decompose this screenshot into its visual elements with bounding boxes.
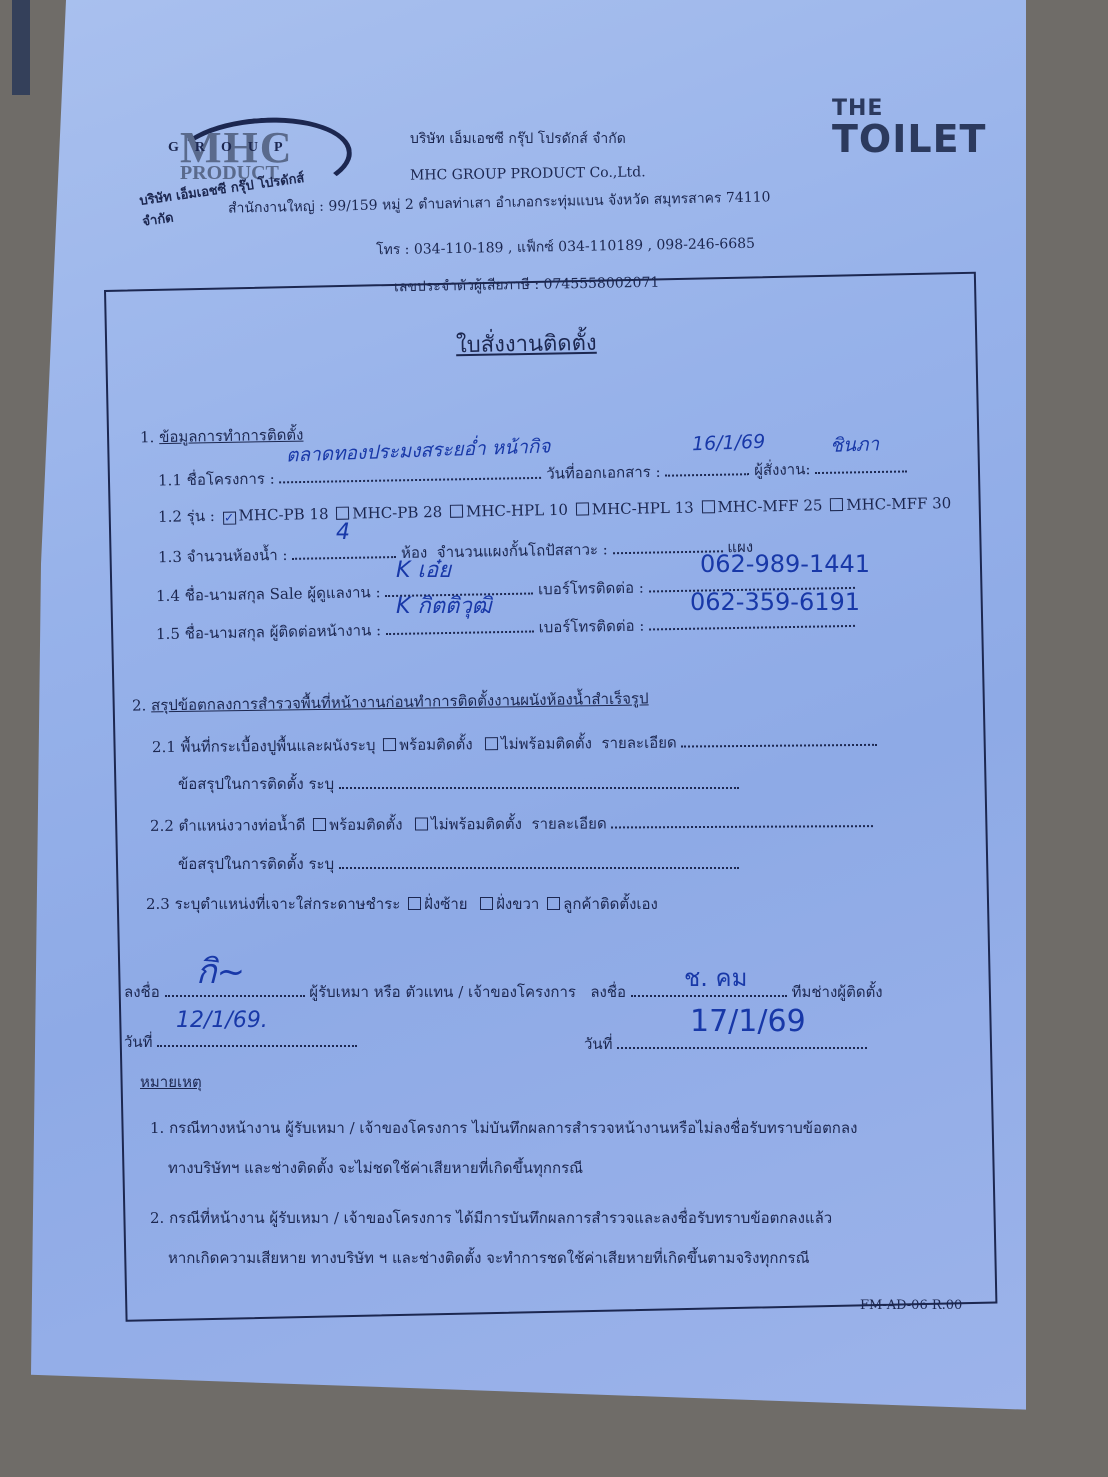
rooms-value: 4: [336, 520, 350, 545]
installer-date-field[interactable]: [617, 1046, 867, 1049]
summary-label: ข้อสรุปในการติดตั้ง ระบุ: [178, 775, 334, 793]
sale-label: 1.4 ชื่อ-นามสกุล Sale ผู้ดูแลงาน :: [156, 583, 381, 605]
contractor-date-value: 12/1/69.: [176, 1008, 268, 1033]
contact-label: 1.5 ชื่อ-นามสกุล ผู้ติดต่อหน้างาน :: [156, 621, 381, 643]
installer-signature: ช. คม: [684, 958, 747, 997]
model-label-3: MHC-HPL 13: [592, 498, 699, 518]
sign-label: ลงชื่อ: [590, 983, 626, 1001]
ordered-by-field[interactable]: [815, 469, 907, 474]
summary-label: ข้อสรุปในการติดตั้ง ระบุ: [178, 855, 334, 873]
model-checkbox-2[interactable]: [450, 505, 463, 518]
row-2-3: 2.3 ระบุตำแหน่งที่เจาะใส่กระดาษชำระ ฝั่ง…: [146, 892, 658, 916]
model-label-4: MHC-MFF 25: [717, 496, 827, 516]
form-code: FM-AD-06 R.00: [860, 1298, 962, 1313]
sale-value: K เอ๋ย: [396, 552, 451, 587]
date-label: วันที่: [584, 1035, 613, 1053]
tp-left-checkbox[interactable]: [408, 897, 421, 910]
item-2-2-not-ready-checkbox[interactable]: [415, 817, 428, 830]
contact-field[interactable]: [386, 630, 534, 636]
tp-right-label: ฝั่งขวา: [496, 895, 539, 913]
contact-phone-label: เบอร์โทรติดต่อ :: [538, 617, 644, 637]
model-label: 1.2 รุ่น :: [158, 507, 215, 526]
item-2-2-summary-field[interactable]: [339, 866, 739, 869]
item-2-1-label: 2.1 พื้นที่กระเบื้องปูพื้นและผนังระบุ: [152, 736, 376, 756]
model-checkbox-3[interactable]: [576, 502, 589, 515]
sale-phone-label: เบอร์โทรติดต่อ :: [538, 579, 644, 599]
model-label-2: MHC-HPL 10: [466, 501, 573, 521]
item-2-1-not-ready-checkbox[interactable]: [485, 737, 498, 750]
tp-right-checkbox[interactable]: [480, 897, 493, 910]
background-surface: [12, 0, 30, 95]
item-2-3-label: 2.3 ระบุตำแหน่งที่เจาะใส่กระดาษชำระ: [146, 895, 400, 913]
not-ready-label: ไม่พร้อมติดตั้ง: [501, 734, 592, 753]
model-checkbox-4[interactable]: [701, 500, 714, 513]
section1-heading: 1. ข้อมูลการทำการติดตั้ง: [140, 423, 304, 450]
installer-date-value: 17/1/69: [690, 1004, 806, 1039]
row-2-2: 2.2 ตำแหน่งวางท่อน้ำดี พร้อมติดตั้ง ไม่พ…: [150, 810, 874, 838]
model-label-5: MHC-MFF 30: [846, 494, 951, 514]
installer-role: ทีมช่างผู้ติดตั้ง: [792, 983, 883, 1001]
section1-number: 1.: [140, 428, 155, 446]
contact-phone-value: 062-359-6191: [690, 588, 860, 616]
item-2-1-summary-field[interactable]: [339, 786, 739, 789]
row-2-1-summary: ข้อสรุปในการติดตั้ง ระบุ: [178, 772, 739, 796]
form-title: ใบสั่งงานติดตั้ง: [456, 325, 597, 362]
model-checkbox-0[interactable]: ✓: [223, 512, 236, 525]
company-name-thai: บริษัท เอ็มเอชซี กรุ๊ป โปรดักส์ จำกัด: [410, 128, 626, 150]
row-2-2-summary: ข้อสรุปในการติดตั้ง ระบุ: [178, 852, 739, 876]
contractor-signature: กิ~: [196, 944, 245, 998]
details-label: รายละเอียด: [531, 815, 606, 833]
not-ready-label: ไม่พร้อมติดตั้ง: [431, 815, 522, 833]
ordered-by-value: ชินภา: [829, 429, 879, 461]
note-1-line-1: 1. กรณีทางหน้างาน ผู้รับเหมา / เจ้าของโค…: [150, 1116, 857, 1140]
project-label: 1.1 ชื่อโครงการ :: [158, 470, 275, 490]
sale-phone-value: 062-989-1441: [700, 550, 870, 578]
section2-number: 2.: [132, 696, 147, 714]
section2-title: สรุปข้อตกลงการสำรวจพื้นที่หน้างานก่อนทำก…: [151, 689, 649, 714]
logo-group-text: GROUP: [168, 140, 299, 156]
urinal-label: จำนวนแผงกั้นโถปัสสาวะ :: [437, 540, 608, 561]
issue-date-field[interactable]: [665, 472, 749, 476]
sign-label: ลงชื่อ: [124, 983, 160, 1001]
note-2-line-2: หากเกิดความเสียหาย ทางบริษัท ฯ และช่างติ…: [168, 1246, 810, 1270]
item-2-1-details-field[interactable]: [681, 743, 877, 748]
ready-label: พร้อมติดตั้ง: [329, 816, 402, 834]
row-contractor-date: วันที่: [124, 1030, 357, 1054]
contact-value: K กิตติวุฒิ: [396, 588, 492, 623]
section1-title: ข้อมูลการทำการติดตั้ง: [159, 426, 304, 447]
details-label: รายละเอียด: [601, 734, 676, 753]
contractor-date-field[interactable]: [157, 1044, 357, 1047]
date-label: วันที่: [124, 1033, 153, 1051]
project-field[interactable]: [280, 476, 542, 484]
model-label-0: MHC-PB 18: [238, 505, 333, 525]
ready-label: พร้อมติดตั้ง: [399, 735, 473, 754]
issue-date-value: 16/1/69: [692, 431, 766, 456]
tp-customer-checkbox[interactable]: [547, 897, 560, 910]
rooms-field[interactable]: [292, 555, 396, 560]
the-toilet-logo: THE TOILET: [832, 98, 986, 158]
model-checkbox-5[interactable]: [830, 498, 843, 511]
contact-phone-field[interactable]: [649, 624, 855, 631]
item-2-2-details-field[interactable]: [611, 824, 873, 828]
item-2-2-label: 2.2 ตำแหน่งวางท่อน้ำดี: [150, 816, 305, 835]
item-2-1-ready-checkbox[interactable]: [383, 738, 396, 751]
brand-toilet: TOILET: [832, 120, 986, 158]
company-name-english: MHC GROUP PRODUCT Co.,Ltd.: [410, 164, 646, 183]
tp-customer-label: ลูกค้าติดตั้งเอง: [563, 895, 658, 913]
notes-heading: หมายเหตุ: [140, 1070, 202, 1094]
tp-left-label: ฝั่งซ้าย: [424, 895, 468, 913]
model-checkbox-1[interactable]: [336, 507, 349, 520]
contractor-role: ผู้รับเหมา หรือ ตัวแทน / เจ้าของโครงการ: [309, 983, 576, 1001]
rooms-label: 1.3 จำนวนห้องน้ำ :: [158, 546, 288, 566]
issue-date-label: วันที่ออกเอกสาร :: [546, 463, 661, 483]
note-2-line-1: 2. กรณีที่หน้างาน ผู้รับเหมา / เจ้าของโค…: [150, 1206, 832, 1230]
item-2-2-ready-checkbox[interactable]: [313, 818, 326, 831]
note-1-line-2: ทางบริษัทฯ และช่างติดตั้ง จะไม่ชดใช้ค่าเ…: [168, 1156, 583, 1180]
model-label-1: MHC-PB 28: [352, 503, 447, 523]
ordered-by-label: ผู้สั่งงาน:: [754, 460, 811, 479]
